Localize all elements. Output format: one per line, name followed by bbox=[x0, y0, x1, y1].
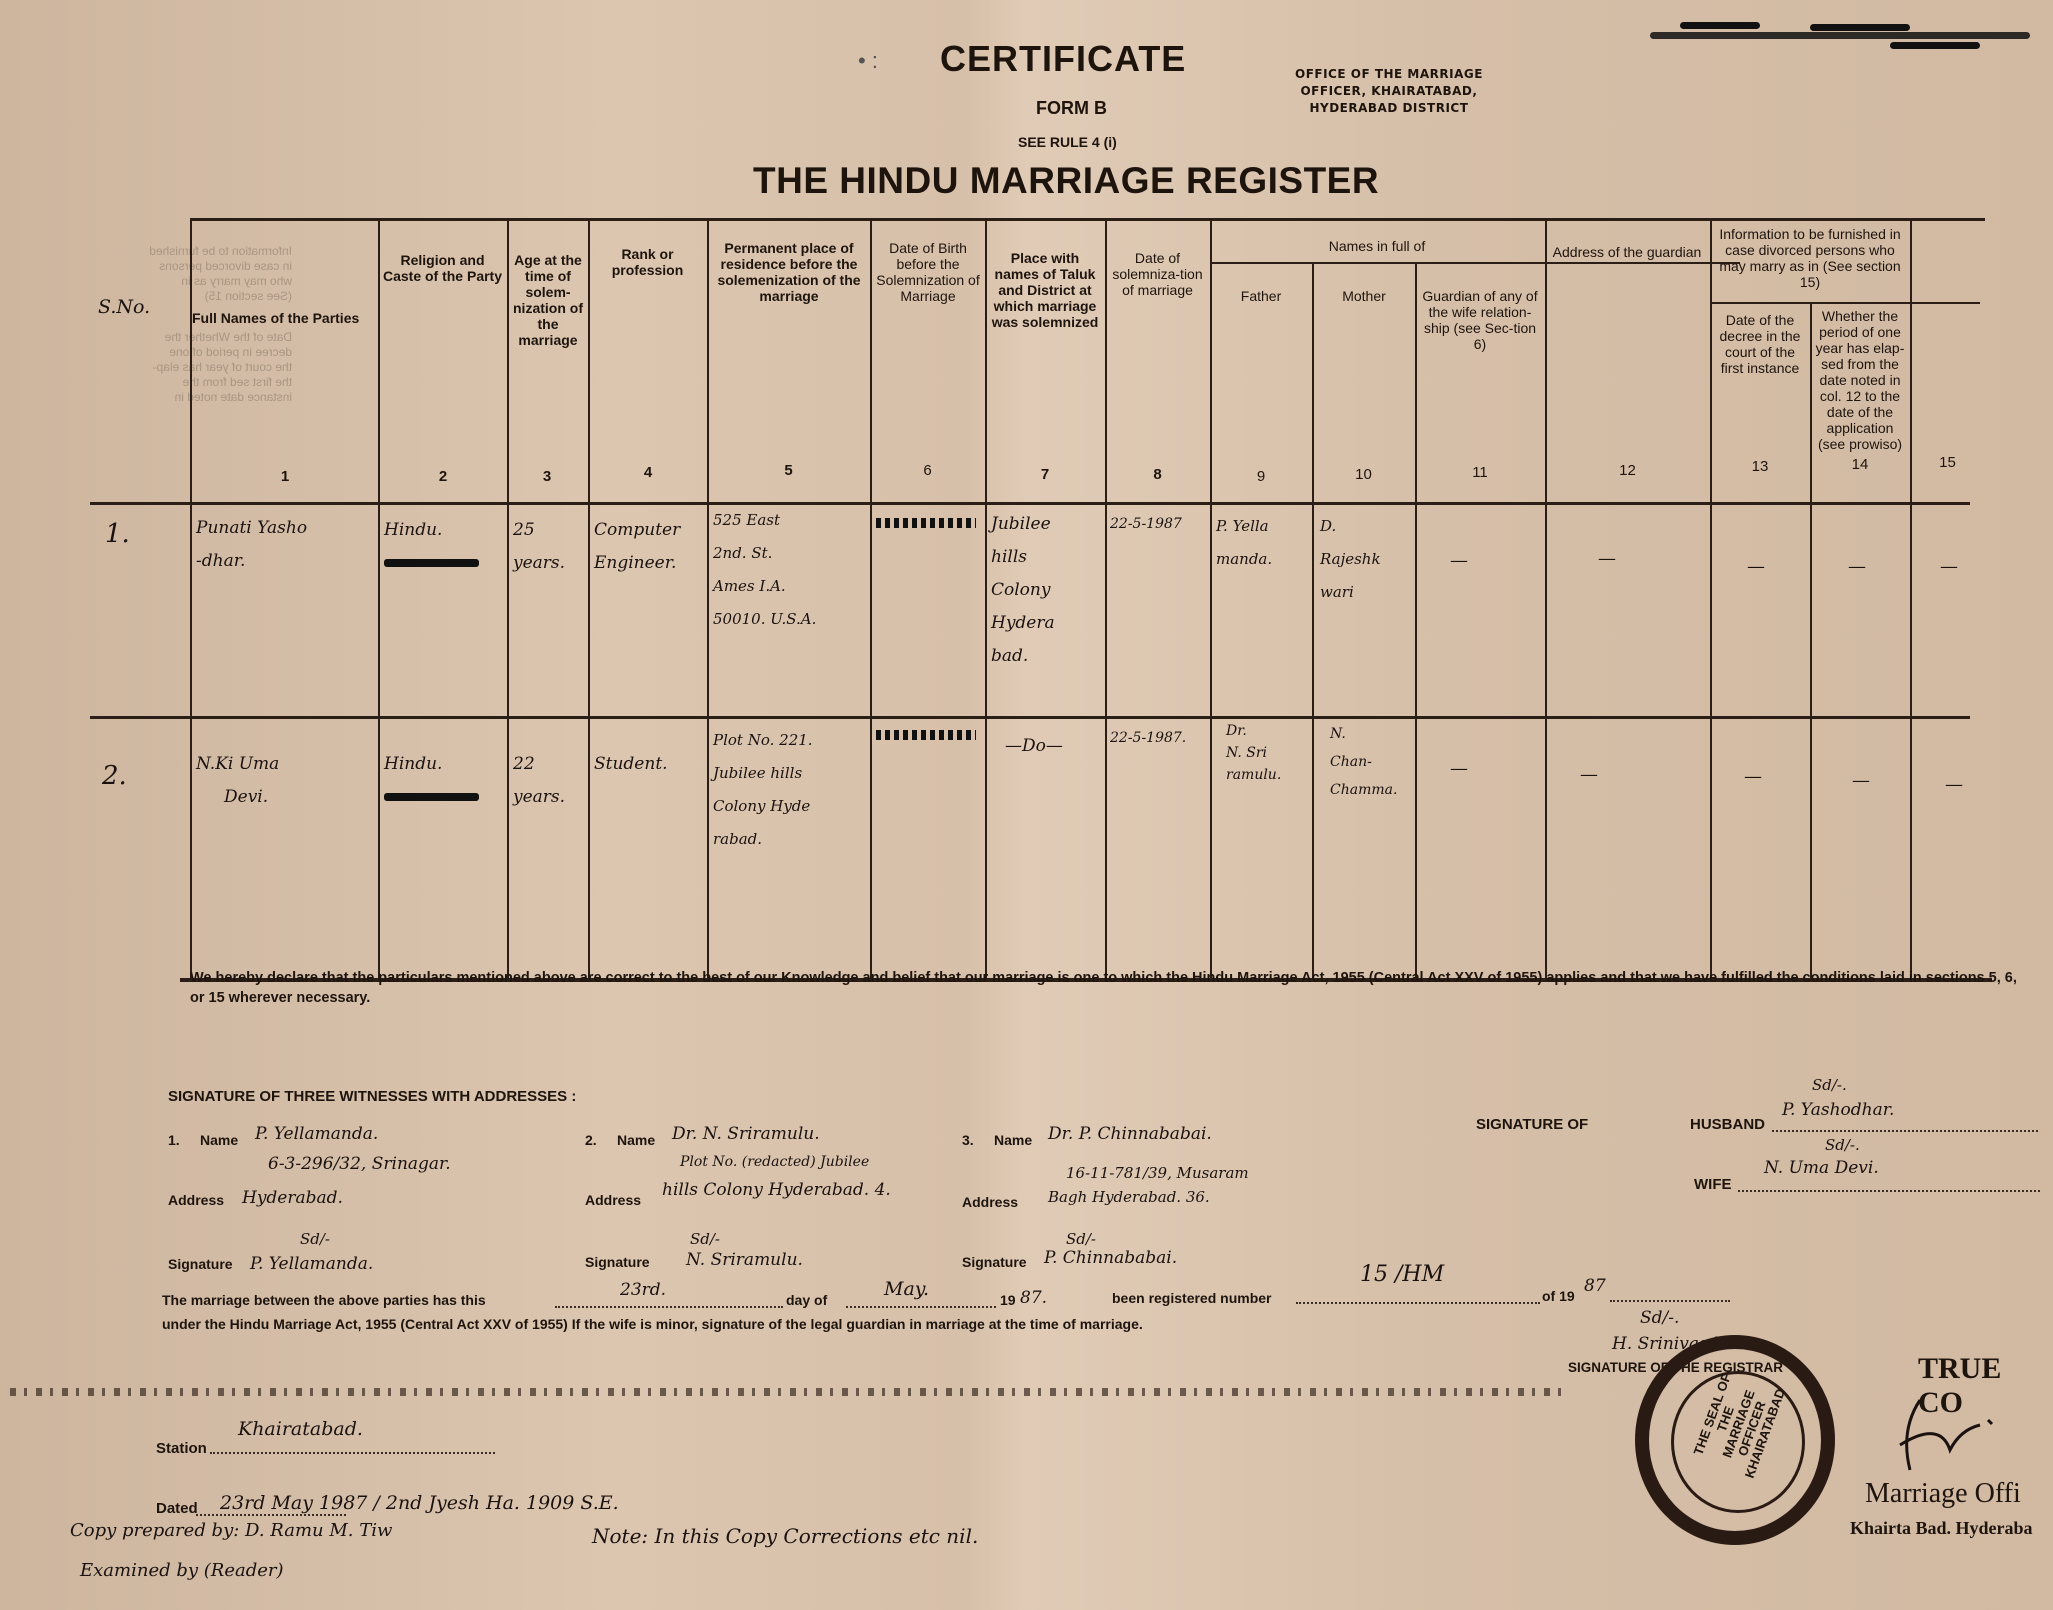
husband-label: HUSBAND bbox=[1690, 1116, 1765, 1133]
cell-guardian-address: — bbox=[1580, 764, 1598, 785]
registration-text-c: been registered number bbox=[1112, 1290, 1272, 1306]
place-line: Colony bbox=[991, 574, 1101, 607]
place-line: —Do— bbox=[1005, 730, 1105, 763]
year-prefix: 19 bbox=[1000, 1292, 1016, 1308]
cell-guardian-address: — bbox=[1598, 548, 1616, 569]
row-sno: 1. bbox=[105, 518, 130, 551]
registration-day: 23rd. bbox=[620, 1280, 666, 1300]
col-header-6: Date of Birth before the Solemnization o… bbox=[872, 240, 984, 304]
dated-label: Dated bbox=[156, 1500, 198, 1517]
examined-by: Examined by (Reader) bbox=[80, 1560, 284, 1581]
signature-label: Signature bbox=[962, 1254, 1027, 1270]
col-num-9: 9 bbox=[1210, 468, 1312, 485]
divorce-group-header: Information to be furnished in case divo… bbox=[1712, 226, 1908, 290]
dated-value: 23rd May 1987 / 2nd Jyesh Ha. 1909 S.E. bbox=[220, 1492, 619, 1514]
station-label: Station bbox=[156, 1440, 207, 1457]
col-num-15: 15 bbox=[1910, 454, 1985, 471]
cell-religion: Hindu. bbox=[384, 748, 506, 801]
cell-mother: N. Chan- Chamma. bbox=[1330, 720, 1414, 804]
declaration-text: We hereby declare that the particulars m… bbox=[190, 968, 2030, 1008]
office-line-3: HYDERABAD DISTRICT bbox=[1295, 100, 1483, 117]
rule-reference: SEE RULE 4 (i) bbox=[1018, 134, 1117, 150]
redaction-mark bbox=[384, 793, 479, 801]
number-line bbox=[1296, 1302, 1540, 1304]
registration-text-b: day of bbox=[786, 1292, 827, 1308]
cell-name: N.Ki Uma Devi. bbox=[196, 748, 376, 814]
husband-signature: P. Yashodhar. bbox=[1782, 1100, 1894, 1120]
father-line: P. Yella bbox=[1216, 510, 1310, 543]
witness-signature: P. Yellamanda. bbox=[250, 1254, 373, 1274]
col-header-7: Place with names of Taluk and District a… bbox=[987, 250, 1103, 330]
row-sno: 2. bbox=[102, 760, 127, 793]
witness-address-2: Bagh Hyderabad. 36. bbox=[1048, 1188, 1210, 1206]
witness-address-1: 16-11-781/39, Musaram bbox=[1066, 1164, 1249, 1182]
residence-line: Jubilee hills bbox=[713, 757, 868, 790]
residence-line: rabad. bbox=[713, 823, 868, 856]
cell-age: 22 years. bbox=[513, 748, 585, 814]
mother-line: Chamma. bbox=[1330, 776, 1414, 804]
residence-line: Plot No. 221. bbox=[713, 724, 868, 757]
witness-address-2: hills Colony Hyderabad. 4. bbox=[662, 1180, 891, 1200]
marriage-officer-title: Marriage Offi bbox=[1865, 1478, 2021, 1510]
cell-period: — bbox=[1852, 770, 1870, 791]
name-line: Devi. bbox=[196, 781, 376, 814]
witness-name: P. Yellamanda. bbox=[255, 1124, 378, 1144]
residence-line: 50010. U.S.A. bbox=[713, 603, 868, 636]
witness-number: 2. bbox=[585, 1132, 597, 1148]
col-num-7: 7 bbox=[985, 466, 1105, 483]
wife-signature-line bbox=[1738, 1190, 2040, 1192]
father-line: Dr. bbox=[1226, 720, 1310, 742]
cell-date: 22-5-1987. bbox=[1110, 722, 1210, 755]
col-header-13: Date of the decree in the court of the f… bbox=[1712, 312, 1808, 376]
cell-guardian: — bbox=[1450, 550, 1468, 571]
certificate-title: CERTIFICATE bbox=[940, 38, 1186, 80]
name-label: Name bbox=[617, 1132, 655, 1148]
signature-label: Signature bbox=[168, 1256, 233, 1272]
wife-signature: N. Uma Devi. bbox=[1764, 1158, 1879, 1178]
cell-period: — bbox=[1848, 556, 1866, 577]
register-title: THE HINDU MARRIAGE REGISTER bbox=[753, 160, 1379, 202]
cell-mother: D. Rajeshk wari bbox=[1320, 510, 1414, 609]
col-num-10: 10 bbox=[1312, 466, 1415, 483]
cell-date: 22-5-1987 bbox=[1110, 508, 1210, 541]
attesting-signature bbox=[1880, 1390, 2000, 1480]
redaction-mark bbox=[876, 730, 976, 740]
names-group-header: Names in full of bbox=[1212, 238, 1542, 254]
col-header-2: Religion and Caste of the Party bbox=[380, 252, 505, 284]
address-label: Address bbox=[585, 1192, 641, 1208]
cell-residence: Plot No. 221. Jubilee hills Colony Hyde … bbox=[713, 724, 868, 856]
witness-signature: P. Chinnababai. bbox=[1044, 1248, 1177, 1268]
cell-decree-date: — bbox=[1744, 766, 1762, 787]
mother-line: Chan- bbox=[1330, 748, 1414, 776]
col-num-4: 4 bbox=[588, 464, 708, 481]
cell-name: Punati Yasho -dhar. bbox=[196, 512, 376, 578]
witness-number: 1. bbox=[168, 1132, 180, 1148]
serial-number-label: S.No. bbox=[98, 296, 150, 318]
name-line: Punati Yasho bbox=[196, 512, 376, 545]
col-num-2: 2 bbox=[378, 468, 508, 485]
cell-col15: — bbox=[1940, 556, 1958, 577]
place-line: Hydera bbox=[991, 607, 1101, 640]
profession-line: Computer bbox=[594, 514, 706, 547]
col-num-14: 14 bbox=[1810, 456, 1910, 473]
col-header-9: Father bbox=[1212, 288, 1310, 304]
witness-sd: Sd/- bbox=[690, 1230, 720, 1248]
address-label: Address bbox=[962, 1194, 1018, 1210]
profession-line: Student. bbox=[594, 748, 706, 781]
redaction-mark bbox=[876, 518, 976, 528]
husband-signature-line bbox=[1772, 1130, 2038, 1132]
cell-col15: — bbox=[1945, 774, 1963, 795]
witness-sd: Sd/- bbox=[300, 1230, 330, 1248]
registration-text-a: The marriage between the above parties h… bbox=[162, 1292, 486, 1308]
col-num-12: 12 bbox=[1545, 462, 1710, 479]
redacted-scribble bbox=[1650, 18, 2030, 48]
col-header-3: Age at the time of solem-nization of the… bbox=[510, 252, 586, 348]
copy-prepared-by: Copy prepared by: D. Ramu M. Tiw bbox=[70, 1520, 392, 1541]
marriage-officer-place: Khairta Bad. Hyderaba bbox=[1850, 1518, 2033, 1539]
age-line: 22 bbox=[513, 748, 585, 781]
office-line-2: OFFICER, KHAIRATABAD, bbox=[1295, 83, 1483, 100]
station-value: Khairatabad. bbox=[238, 1418, 363, 1440]
day-line bbox=[555, 1306, 783, 1308]
name-line: N.Ki Uma bbox=[196, 748, 376, 781]
reg-year-line bbox=[1610, 1300, 1730, 1302]
residence-line: 2nd. St. bbox=[713, 537, 868, 570]
residence-line: Ames I.A. bbox=[713, 570, 868, 603]
office-line-1: OFFICE OF THE MARRIAGE bbox=[1295, 66, 1483, 83]
col-header-8: Date of solemniza-tion of marriage bbox=[1107, 250, 1208, 298]
father-line: N. Sri bbox=[1226, 742, 1310, 764]
age-line: 25 bbox=[513, 514, 585, 547]
witness-address-1: 6-3-296/32, Srinagar. bbox=[268, 1154, 451, 1174]
witness-number: 3. bbox=[962, 1132, 974, 1148]
name-line: -dhar. bbox=[196, 545, 376, 578]
name-label: Name bbox=[200, 1132, 238, 1148]
registration-line-2: under the Hindu Marriage Act, 1955 (Cent… bbox=[162, 1316, 1143, 1332]
col-header-11: Guardian of any of the wife relation-shi… bbox=[1417, 288, 1543, 352]
cell-father: P. Yella manda. bbox=[1216, 510, 1310, 576]
cell-profession: Computer Engineer. bbox=[594, 514, 706, 580]
witness-address-2: Hyderabad. bbox=[242, 1188, 343, 1208]
wife-label: WIFE bbox=[1694, 1176, 1732, 1193]
signature-of-label: SIGNATURE OF bbox=[1476, 1116, 1588, 1133]
cell-age: 25 years. bbox=[513, 514, 585, 580]
col-header-10: Mother bbox=[1314, 288, 1414, 304]
mother-line: D. bbox=[1320, 510, 1414, 543]
age-line: years. bbox=[513, 547, 585, 580]
col-header-14: Whether the period of one year has elap-… bbox=[1812, 308, 1908, 452]
witness-name: Dr. N. Sriramulu. bbox=[672, 1124, 820, 1144]
registration-number: 15 /HM bbox=[1360, 1262, 1444, 1287]
station-line bbox=[210, 1452, 495, 1454]
religion-line: Hindu. bbox=[384, 514, 506, 547]
place-line: bad. bbox=[991, 640, 1101, 673]
witness-signature: N. Sriramulu. bbox=[686, 1250, 803, 1270]
witness-sd: Sd/- bbox=[1066, 1230, 1096, 1248]
register-table: Full Names of the Parties Religion and C… bbox=[180, 218, 1980, 980]
copy-note: Note: In this Copy Corrections etc nil. bbox=[592, 1524, 978, 1548]
age-line: years. bbox=[513, 781, 585, 814]
place-line: Jubilee bbox=[991, 508, 1101, 541]
witness-address-1: Plot No. (redacted) Jubilee bbox=[680, 1154, 869, 1170]
mother-line: N. bbox=[1330, 720, 1414, 748]
religion-line: Hindu. bbox=[384, 748, 506, 781]
registration-year-2: 87 bbox=[1584, 1276, 1606, 1296]
cell-religion: Hindu. bbox=[384, 514, 506, 567]
cell-place: —Do— bbox=[1005, 730, 1105, 763]
profession-line: Engineer. bbox=[594, 547, 706, 580]
cell-guardian: — bbox=[1450, 758, 1468, 779]
residence-line: Colony Hyde bbox=[713, 790, 868, 823]
col-header-4: Rank or profession bbox=[590, 246, 705, 278]
witness-name: Dr. P. Chinnababai. bbox=[1048, 1124, 1212, 1144]
place-line: hills bbox=[991, 541, 1101, 574]
month-line bbox=[846, 1306, 996, 1308]
col-header-5: Permanent place of residence before the … bbox=[710, 240, 868, 304]
registration-month: May. bbox=[884, 1278, 929, 1300]
col-num-5: 5 bbox=[707, 462, 870, 479]
mother-line: wari bbox=[1320, 576, 1414, 609]
cell-profession: Student. bbox=[594, 748, 706, 781]
address-label: Address bbox=[168, 1192, 224, 1208]
signature-label: Signature bbox=[585, 1254, 650, 1270]
cell-residence: 525 East 2nd. St. Ames I.A. 50010. U.S.A… bbox=[713, 504, 868, 636]
registration-text-d: of 19 bbox=[1542, 1288, 1575, 1304]
col-num-11: 11 bbox=[1415, 464, 1545, 481]
col-num-8: 8 bbox=[1105, 466, 1210, 483]
office-stamp: OFFICE OF THE MARRIAGE OFFICER, KHAIRATA… bbox=[1295, 66, 1483, 117]
residence-line: 525 East bbox=[713, 504, 868, 537]
cell-decree-date: — bbox=[1747, 556, 1765, 577]
name-label: Name bbox=[994, 1132, 1032, 1148]
father-line: manda. bbox=[1216, 543, 1310, 576]
smudged-text bbox=[10, 1388, 1570, 1396]
mother-line: Rajeshk bbox=[1320, 543, 1414, 576]
col-num-3: 3 bbox=[507, 468, 587, 485]
dated-line bbox=[196, 1514, 346, 1516]
registrar-sd: Sd/-. bbox=[1640, 1308, 1679, 1328]
wife-sd: Sd/-. bbox=[1825, 1136, 1860, 1154]
col-header-12: Address of the guardian bbox=[1547, 244, 1707, 260]
cell-father: Dr. N. Sri ramulu. bbox=[1226, 720, 1310, 786]
col-num-13: 13 bbox=[1710, 458, 1810, 475]
husband-sd: Sd/-. bbox=[1812, 1076, 1847, 1094]
col-header-1: Full Names of the Parties bbox=[192, 310, 382, 326]
cell-place: Jubilee hills Colony Hydera bad. bbox=[991, 508, 1101, 673]
official-seal: THE SEAL OF THE MARRIAGE OFFICER KHAIRAT… bbox=[1635, 1335, 1835, 1545]
registration-year: 87. bbox=[1020, 1288, 1047, 1308]
title-mark: • : bbox=[858, 48, 878, 74]
father-line: ramulu. bbox=[1226, 764, 1310, 786]
col-num-1: 1 bbox=[190, 468, 380, 485]
redaction-mark bbox=[384, 559, 479, 567]
witnesses-heading: SIGNATURE OF THREE WITNESSES WITH ADDRES… bbox=[168, 1088, 576, 1105]
col-num-6: 6 bbox=[870, 462, 985, 479]
form-label: FORM B bbox=[1036, 98, 1107, 119]
